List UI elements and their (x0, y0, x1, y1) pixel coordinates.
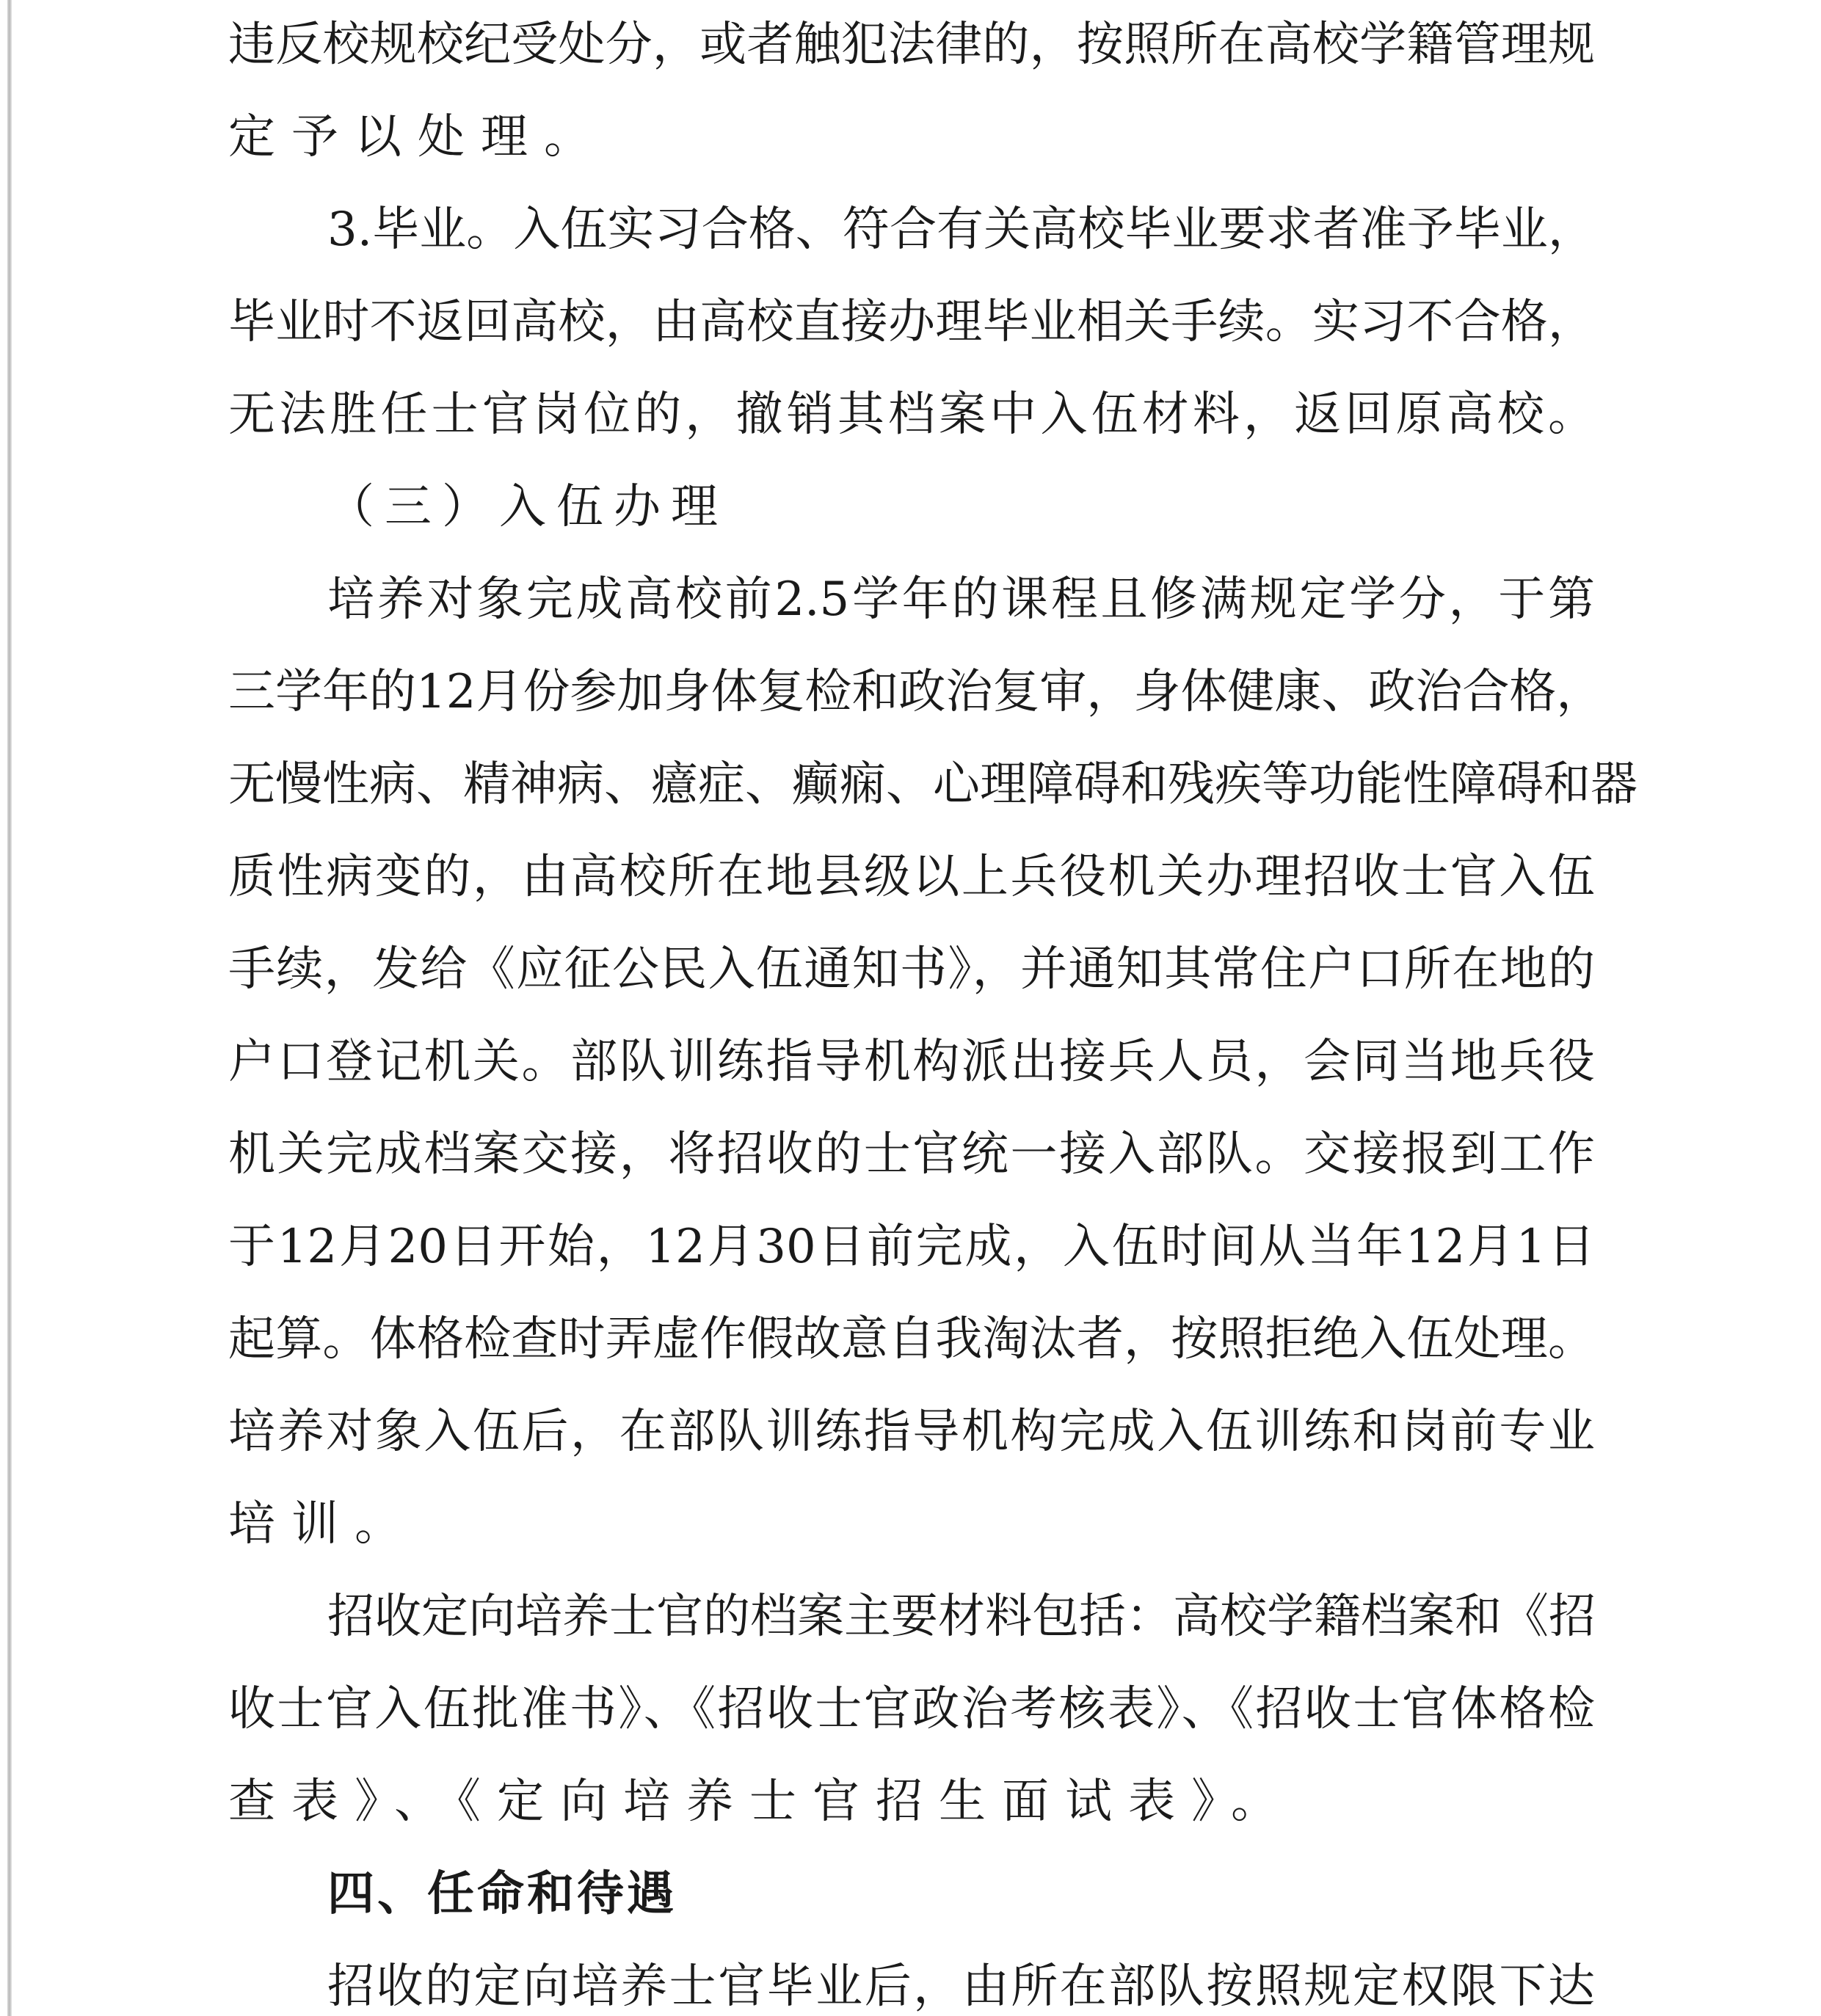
section-heading: 四、任命和待遇 (327, 1865, 1595, 1924)
body-line: 三学年的12月份参加身体复检和政治复审，身体健康、政治合格， (228, 663, 1595, 721)
body-line: 培养对象入伍后，在部队训练指导机构完成入伍训练和岗前专业 (228, 1402, 1595, 1461)
body-line: 违反校规校纪受处分，或者触犯法律的，按照所在高校学籍管理规 (228, 15, 1595, 74)
body-line: 机关完成档案交接，将招收的士官统一接入部队。交接报到工作 (228, 1125, 1595, 1184)
body-line: 起算。体格检查时弄虚作假故意自我淘汰者，按照拒绝入伍处理。 (228, 1310, 1595, 1369)
body-line: 户口登记机关。部队训练指导机构派出接兵人员，会同当地兵役 (228, 1033, 1595, 1091)
list-item-graduation: 3.毕业。入伍实习合格、符合有关高校毕业要求者准予毕业， (327, 200, 1595, 259)
body-line: 培训。 (228, 1495, 1595, 1554)
body-line: 于12月20日开始，12月30日前完成，入伍时间从当年12月1日 (228, 1218, 1595, 1276)
body-line: 招收的定向培养士官毕业后，由所在部队按照规定权限下达 (327, 1957, 1595, 2016)
body-line: 无慢性病、精神病、癔症、癫痫、心理障碍和残疾等功能性障碍和器 (228, 755, 1595, 814)
subsection-heading: （三）入伍办理 (327, 478, 1595, 536)
body-line: 收士官入伍批准书》、《招收士官政治考核表》、《招收士官体格检 (228, 1680, 1595, 1739)
body-line: 质性病变的，由高校所在地县级以上兵役机关办理招收士官入伍 (228, 848, 1595, 906)
body-line: 毕业时不返回高校，由高校直接办理毕业相关手续。实习不合格， (228, 293, 1595, 352)
body-line: 无法胜任士官岗位的，撤销其档案中入伍材料，返回原高校。 (228, 385, 1595, 444)
scan-page-edge (7, 0, 12, 2016)
body-line: 查表》、《定向培养士官招生面试表》。 (228, 1772, 1595, 1831)
body-line: 手续，发给《应征公民入伍通知书》，并通知其常住户口所在地的 (228, 940, 1595, 999)
body-line: 定予以处理。 (228, 108, 1595, 167)
body-line: 招收定向培养士官的档案主要材料包括：高校学籍档案和《招 (327, 1587, 1595, 1646)
body-line: 培养对象完成高校前2.5学年的课程且修满规定学分，于第 (327, 570, 1595, 629)
